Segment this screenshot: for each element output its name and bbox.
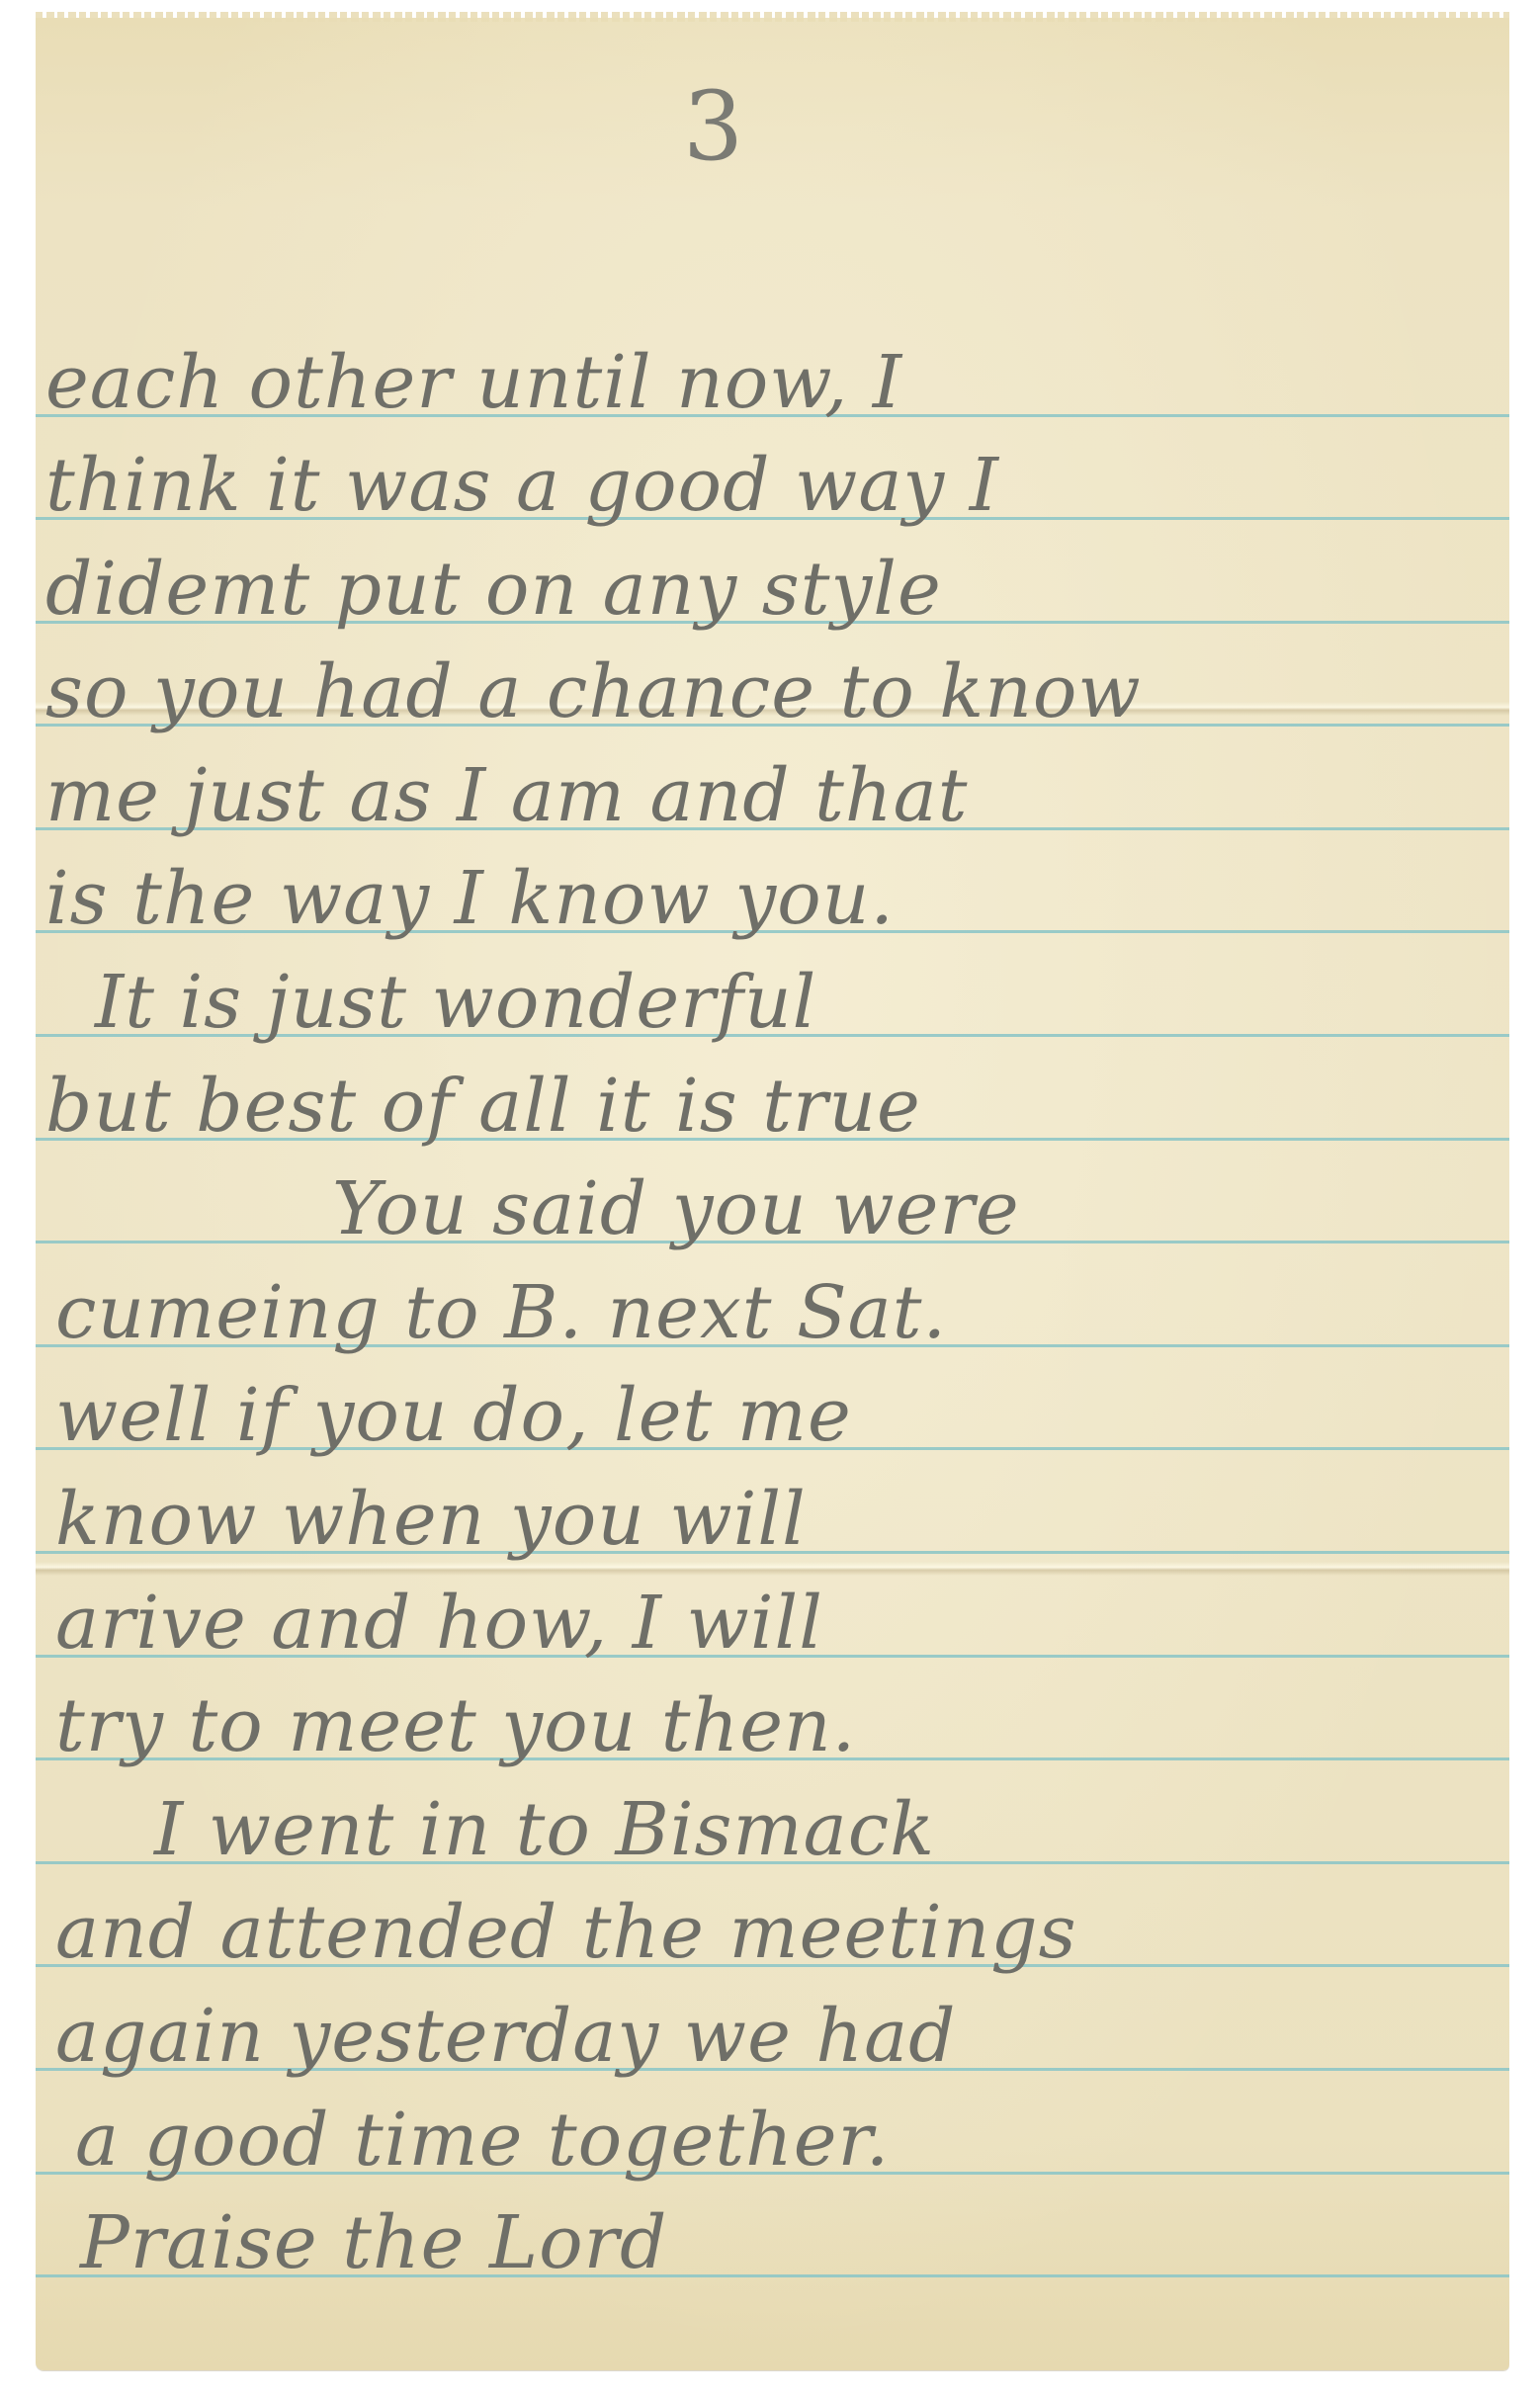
letter-line: arive and how, I will — [55, 1586, 823, 1660]
letter-line: well if you do, let me — [55, 1379, 852, 1452]
fold-crease-lower — [36, 1562, 1509, 1576]
letter-line: is the way I know you. — [45, 862, 895, 935]
letter-line: know when you will — [55, 1483, 807, 1556]
letter-line: and attended the meetings — [55, 1896, 1077, 1969]
letter-line: so you had a chance to know — [45, 655, 1142, 729]
letter-line: each other until now, I — [45, 346, 902, 419]
letter-line: You said you were — [332, 1172, 1020, 1245]
letter-line: a good time together. — [75, 2103, 890, 2177]
letter-line: try to meet you then. — [55, 1689, 856, 1762]
letter-line: me just as I am and that — [45, 759, 968, 832]
letter-line: think it was a good way I — [45, 449, 999, 522]
letter-page: 3 each other until now, I think it was a… — [36, 18, 1509, 2370]
letter-line: didemt put on any style — [45, 553, 942, 626]
letter-line: but best of all it is true — [45, 1070, 921, 1143]
page-number: 3 — [683, 79, 743, 174]
letter-line: It is just wonderful — [95, 966, 816, 1039]
letter-line: again yesterday we had — [55, 2000, 957, 2073]
letter-line: I went in to Bismack — [154, 1793, 935, 1866]
letter-line: cumeing to B. next Sat. — [55, 1276, 947, 1349]
letter-line: Praise the Lord — [80, 2206, 667, 2279]
